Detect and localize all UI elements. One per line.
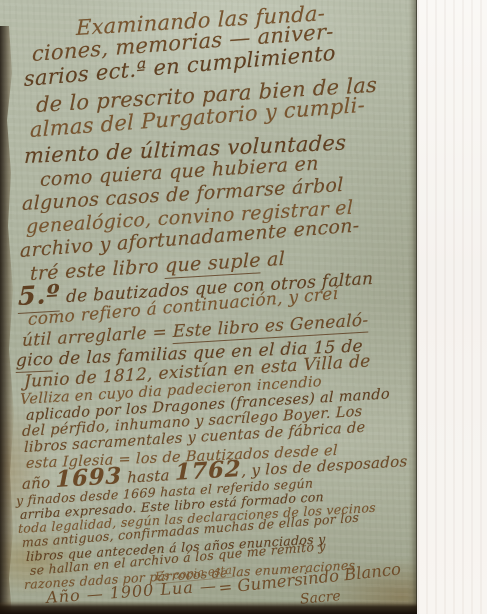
manuscript-photo-root: Examinando las funda-ciones, memorias — … xyxy=(0,0,487,614)
scan-white-background xyxy=(417,0,487,614)
manuscript-text: Examinando las funda-ciones, memorias — … xyxy=(14,16,412,592)
manuscript-segment: al xyxy=(261,248,286,271)
photo-dark-bottom-edge xyxy=(0,601,417,614)
page-right-edge-shadow xyxy=(408,0,417,614)
manuscript-segment: gico xyxy=(16,349,54,373)
photographed-page: Examinando las funda-ciones, memorias — … xyxy=(0,0,417,614)
